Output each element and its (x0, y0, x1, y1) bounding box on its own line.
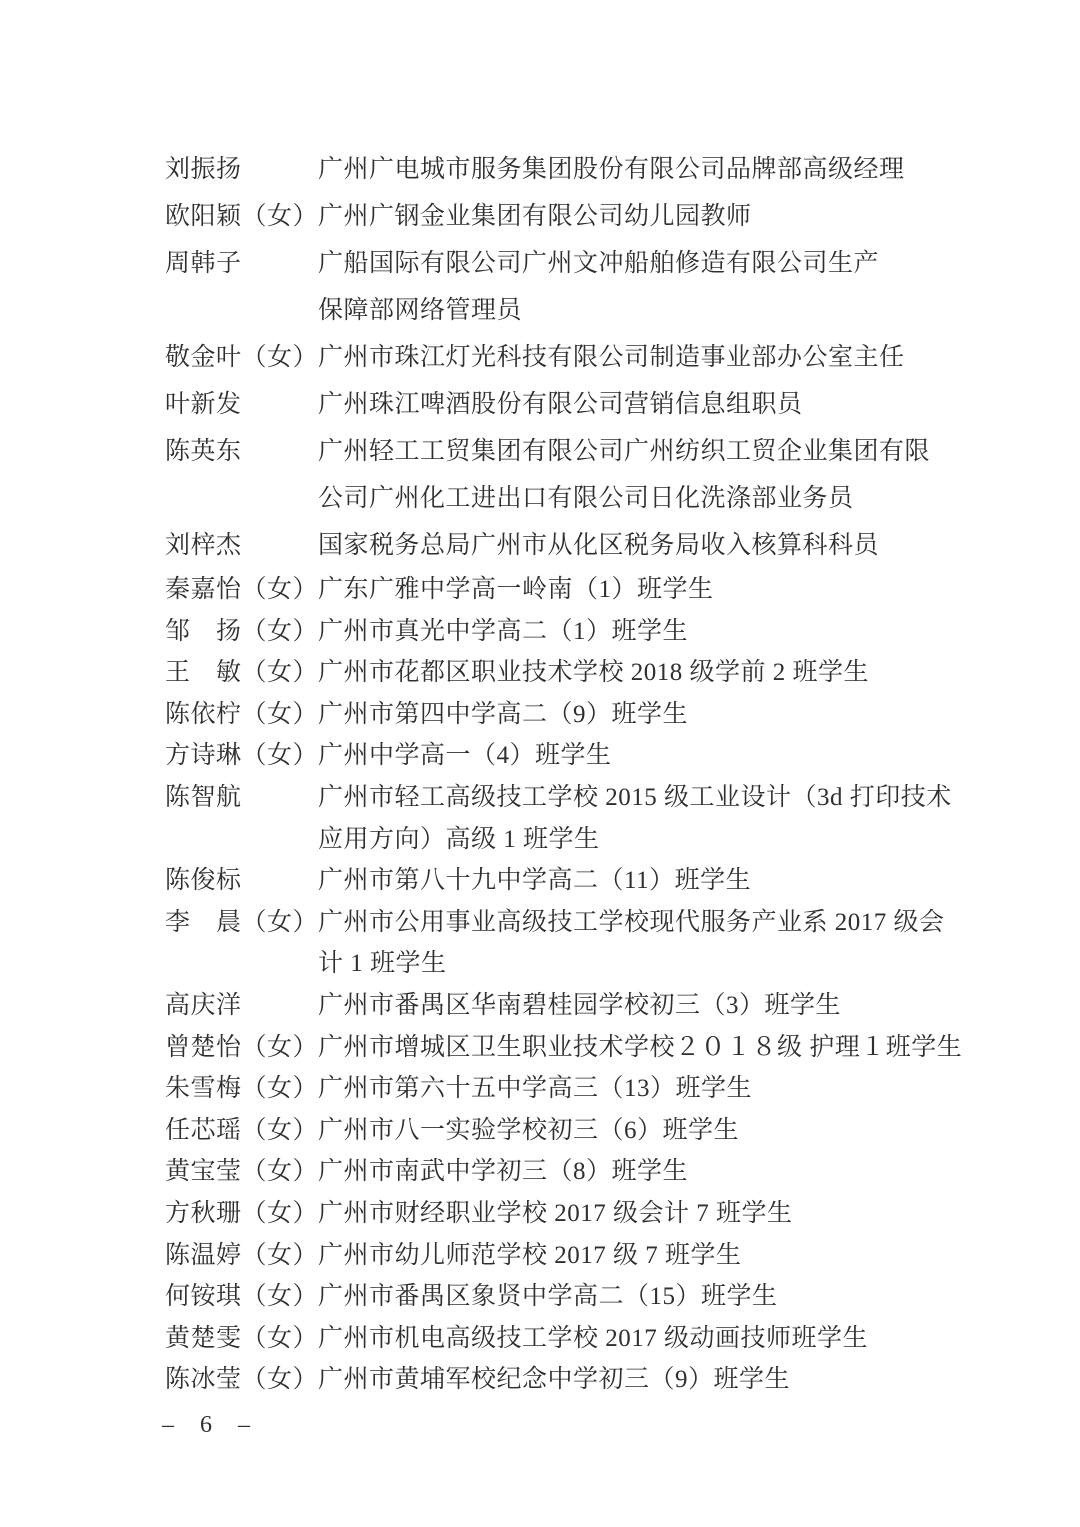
person-name: 黄宝莹（女） (165, 1151, 318, 1193)
affiliation-line: 广州珠江啤酒股份有限公司营销信息组职员 (318, 381, 945, 428)
affiliation-line: 广州市番禺区华南碧桂园学校初三（3）班学生 (318, 985, 945, 1027)
person-affiliation: 广州市花都区职业技术学校 2018 级学前 2 班学生 (318, 652, 945, 694)
person-affiliation: 广东广雅中学高一岭南（1）班学生 (318, 569, 945, 611)
affiliation-line: 广州市珠江灯光科技有限公司制造事业部办公室主任 (318, 334, 945, 381)
list-row: 欧阳颖（女） 广州广钢金业集团有限公司幼儿园教师 (165, 193, 945, 240)
list-row: 王 敏（女） 广州市花都区职业技术学校 2018 级学前 2 班学生 (165, 652, 945, 694)
affiliation-line: 广州市财经职业学校 2017 级会计 7 班学生 (318, 1193, 945, 1235)
affiliation-line: 广州广电城市服务集团股份有限公司品牌部高级经理 (318, 146, 945, 193)
affiliation-line: 广州轻工工贸集团有限公司广州纺织工贸企业集团有限 (318, 428, 945, 475)
list-row: 刘振扬 广州广电城市服务集团股份有限公司品牌部高级经理 (165, 146, 945, 193)
affiliation-line: 广州市花都区职业技术学校 2018 级学前 2 班学生 (318, 652, 945, 694)
person-affiliation: 广州市番禺区华南碧桂园学校初三（3）班学生 (318, 985, 945, 1027)
person-name: 陈智航 (165, 777, 318, 819)
affiliation-line: 广州市机电高级技工学校 2017 级动画技师班学生 (318, 1318, 945, 1360)
person-name: 方诗琳（女） (165, 735, 318, 777)
affiliation-line: 广州市第四中学高二（9）班学生 (318, 694, 945, 736)
affiliation-line: 广州市轻工高级技工学校 2015 级工业设计（3d 打印技术 (318, 777, 952, 819)
person-affiliation: 广州市第八十九中学高二（11）班学生 (318, 860, 945, 902)
person-affiliation: 广州珠江啤酒股份有限公司营销信息组职员 (318, 381, 945, 428)
person-affiliation: 国家税务总局广州市从化区税务局收入核算科科员 (318, 522, 945, 569)
list-row: 敬金叶（女） 广州市珠江灯光科技有限公司制造事业部办公室主任 (165, 334, 945, 381)
affiliation-line: 广州市幼儿师范学校 2017 级 7 班学生 (318, 1235, 945, 1277)
affiliation-line: 广州广钢金业集团有限公司幼儿园教师 (318, 193, 945, 240)
list-row: 陈俊标 广州市第八十九中学高二（11）班学生 (165, 860, 945, 902)
award-list: 刘振扬 广州广电城市服务集团股份有限公司品牌部高级经理 欧阳颖（女） 广州广钢金… (165, 146, 945, 1401)
person-affiliation: 广州市幼儿师范学校 2017 级 7 班学生 (318, 1235, 945, 1277)
person-affiliation: 广州轻工工贸集团有限公司广州纺织工贸企业集团有限公司广州化工进出口有限公司日化洗… (318, 428, 945, 522)
list-row: 陈智航 广州市轻工高级技工学校 2015 级工业设计（3d 打印技术应用方向）高… (165, 777, 945, 860)
affiliation-line: 广州市增城区卫生职业技术学校２０１８级 护理１班学生 (318, 1027, 962, 1069)
person-affiliation: 广州市番禺区象贤中学高二（15）班学生 (318, 1276, 945, 1318)
list-row: 陈英东 广州轻工工贸集团有限公司广州纺织工贸企业集团有限公司广州化工进出口有限公… (165, 428, 945, 522)
person-affiliation: 广州市增城区卫生职业技术学校２０１８级 护理１班学生 (318, 1027, 962, 1069)
list-row: 陈温婷（女） 广州市幼儿师范学校 2017 级 7 班学生 (165, 1235, 945, 1277)
person-affiliation: 广州市机电高级技工学校 2017 级动画技师班学生 (318, 1318, 945, 1360)
person-name: 何铵琪（女） (165, 1276, 318, 1318)
list-row: 黄宝莹（女） 广州市南武中学初三（8）班学生 (165, 1151, 945, 1193)
person-affiliation: 广船国际有限公司广州文冲船舶修造有限公司生产保障部网络管理员 (318, 240, 945, 334)
person-name: 欧阳颖（女） (165, 193, 318, 240)
person-name: 曾楚怡（女） (165, 1027, 318, 1069)
list-row: 朱雪梅（女） 广州市第六十五中学高三（13）班学生 (165, 1068, 945, 1110)
person-name: 王 敏（女） (165, 652, 318, 694)
list-row: 邹 扬（女） 广州市真光中学高二（1）班学生 (165, 611, 945, 653)
list-row: 刘梓杰 国家税务总局广州市从化区税务局收入核算科科员 (165, 522, 945, 569)
list-row: 叶新发 广州珠江啤酒股份有限公司营销信息组职员 (165, 381, 945, 428)
person-affiliation: 广州市轻工高级技工学校 2015 级工业设计（3d 打印技术应用方向）高级 1 … (318, 777, 952, 860)
affiliation-line: 广东广雅中学高一岭南（1）班学生 (318, 569, 945, 611)
person-affiliation: 广州市公用事业高级技工学校现代服务产业系 2017 级会计 1 班学生 (318, 902, 945, 985)
person-name: 秦嘉怡（女） (165, 569, 318, 611)
list-row: 何铵琪（女） 广州市番禺区象贤中学高二（15）班学生 (165, 1276, 945, 1318)
person-affiliation: 广州市珠江灯光科技有限公司制造事业部办公室主任 (318, 334, 945, 381)
affiliation-line: 计 1 班学生 (318, 943, 945, 985)
person-name: 李 晨（女） (165, 902, 318, 944)
list-row: 方诗琳（女） 广州中学高一（4）班学生 (165, 735, 945, 777)
person-name: 刘振扬 (165, 146, 318, 193)
person-affiliation: 广州市八一实验学校初三（6）班学生 (318, 1110, 945, 1152)
person-affiliation: 广州广钢金业集团有限公司幼儿园教师 (318, 193, 945, 240)
list-row: 秦嘉怡（女） 广东广雅中学高一岭南（1）班学生 (165, 569, 945, 611)
person-affiliation: 广州广电城市服务集团股份有限公司品牌部高级经理 (318, 146, 945, 193)
list-row: 陈依柠（女） 广州市第四中学高二（9）班学生 (165, 694, 945, 736)
person-name: 敬金叶（女） (165, 334, 318, 381)
affiliation-line: 广州市第八十九中学高二（11）班学生 (318, 860, 945, 902)
person-affiliation: 广州市第六十五中学高三（13）班学生 (318, 1068, 945, 1110)
person-name: 刘梓杰 (165, 522, 318, 569)
person-name: 陈依柠（女） (165, 694, 318, 736)
affiliation-line: 应用方向）高级 1 班学生 (318, 819, 952, 861)
person-name: 方秋珊（女） (165, 1193, 318, 1235)
person-affiliation: 广州中学高一（4）班学生 (318, 735, 945, 777)
list-row: 任芯瑶（女） 广州市八一实验学校初三（6）班学生 (165, 1110, 945, 1152)
list-row: 周韩子 广船国际有限公司广州文冲船舶修造有限公司生产保障部网络管理员 (165, 240, 945, 334)
person-affiliation: 广州市真光中学高二（1）班学生 (318, 611, 945, 653)
affiliation-line: 广州市南武中学初三（8）班学生 (318, 1151, 945, 1193)
person-name: 朱雪梅（女） (165, 1068, 318, 1110)
affiliation-line: 广州市番禺区象贤中学高二（15）班学生 (318, 1276, 945, 1318)
list-row: 黄楚雯（女） 广州市机电高级技工学校 2017 级动画技师班学生 (165, 1318, 945, 1360)
person-name: 周韩子 (165, 240, 318, 287)
person-name: 高庆洋 (165, 985, 318, 1027)
affiliation-line: 广船国际有限公司广州文冲船舶修造有限公司生产 (318, 240, 945, 287)
affiliation-line: 广州市真光中学高二（1）班学生 (318, 611, 945, 653)
list-row: 方秋珊（女） 广州市财经职业学校 2017 级会计 7 班学生 (165, 1193, 945, 1235)
person-name: 陈冰莹（女） (165, 1359, 318, 1401)
list-row: 陈冰莹（女） 广州市黄埔军校纪念中学初三（9）班学生 (165, 1359, 945, 1401)
affiliation-line: 广州中学高一（4）班学生 (318, 735, 945, 777)
person-name: 陈温婷（女） (165, 1235, 318, 1277)
affiliation-line: 广州市第六十五中学高三（13）班学生 (318, 1068, 945, 1110)
person-affiliation: 广州市南武中学初三（8）班学生 (318, 1151, 945, 1193)
person-name: 叶新发 (165, 381, 318, 428)
person-name: 陈英东 (165, 428, 318, 475)
person-affiliation: 广州市黄埔军校纪念中学初三（9）班学生 (318, 1359, 945, 1401)
person-name: 黄楚雯（女） (165, 1318, 318, 1360)
page-number: – 6 – (162, 1412, 260, 1439)
person-affiliation: 广州市第四中学高二（9）班学生 (318, 694, 945, 736)
person-name: 陈俊标 (165, 860, 318, 902)
document-page: 刘振扬 广州广电城市服务集团股份有限公司品牌部高级经理 欧阳颖（女） 广州广钢金… (0, 0, 1080, 1527)
list-row: 曾楚怡（女） 广州市增城区卫生职业技术学校２０１８级 护理１班学生 (165, 1027, 945, 1069)
affiliation-line: 广州市八一实验学校初三（6）班学生 (318, 1110, 945, 1152)
affiliation-line: 广州市黄埔军校纪念中学初三（9）班学生 (318, 1359, 945, 1401)
affiliation-line: 公司广州化工进出口有限公司日化洗涤部业务员 (318, 475, 945, 522)
list-row: 高庆洋 广州市番禺区华南碧桂园学校初三（3）班学生 (165, 985, 945, 1027)
person-name: 邹 扬（女） (165, 611, 318, 653)
affiliation-line: 保障部网络管理员 (318, 287, 945, 334)
affiliation-line: 国家税务总局广州市从化区税务局收入核算科科员 (318, 522, 945, 569)
affiliation-line: 广州市公用事业高级技工学校现代服务产业系 2017 级会 (318, 902, 945, 944)
person-name: 任芯瑶（女） (165, 1110, 318, 1152)
person-affiliation: 广州市财经职业学校 2017 级会计 7 班学生 (318, 1193, 945, 1235)
list-row: 李 晨（女） 广州市公用事业高级技工学校现代服务产业系 2017 级会计 1 班… (165, 902, 945, 985)
